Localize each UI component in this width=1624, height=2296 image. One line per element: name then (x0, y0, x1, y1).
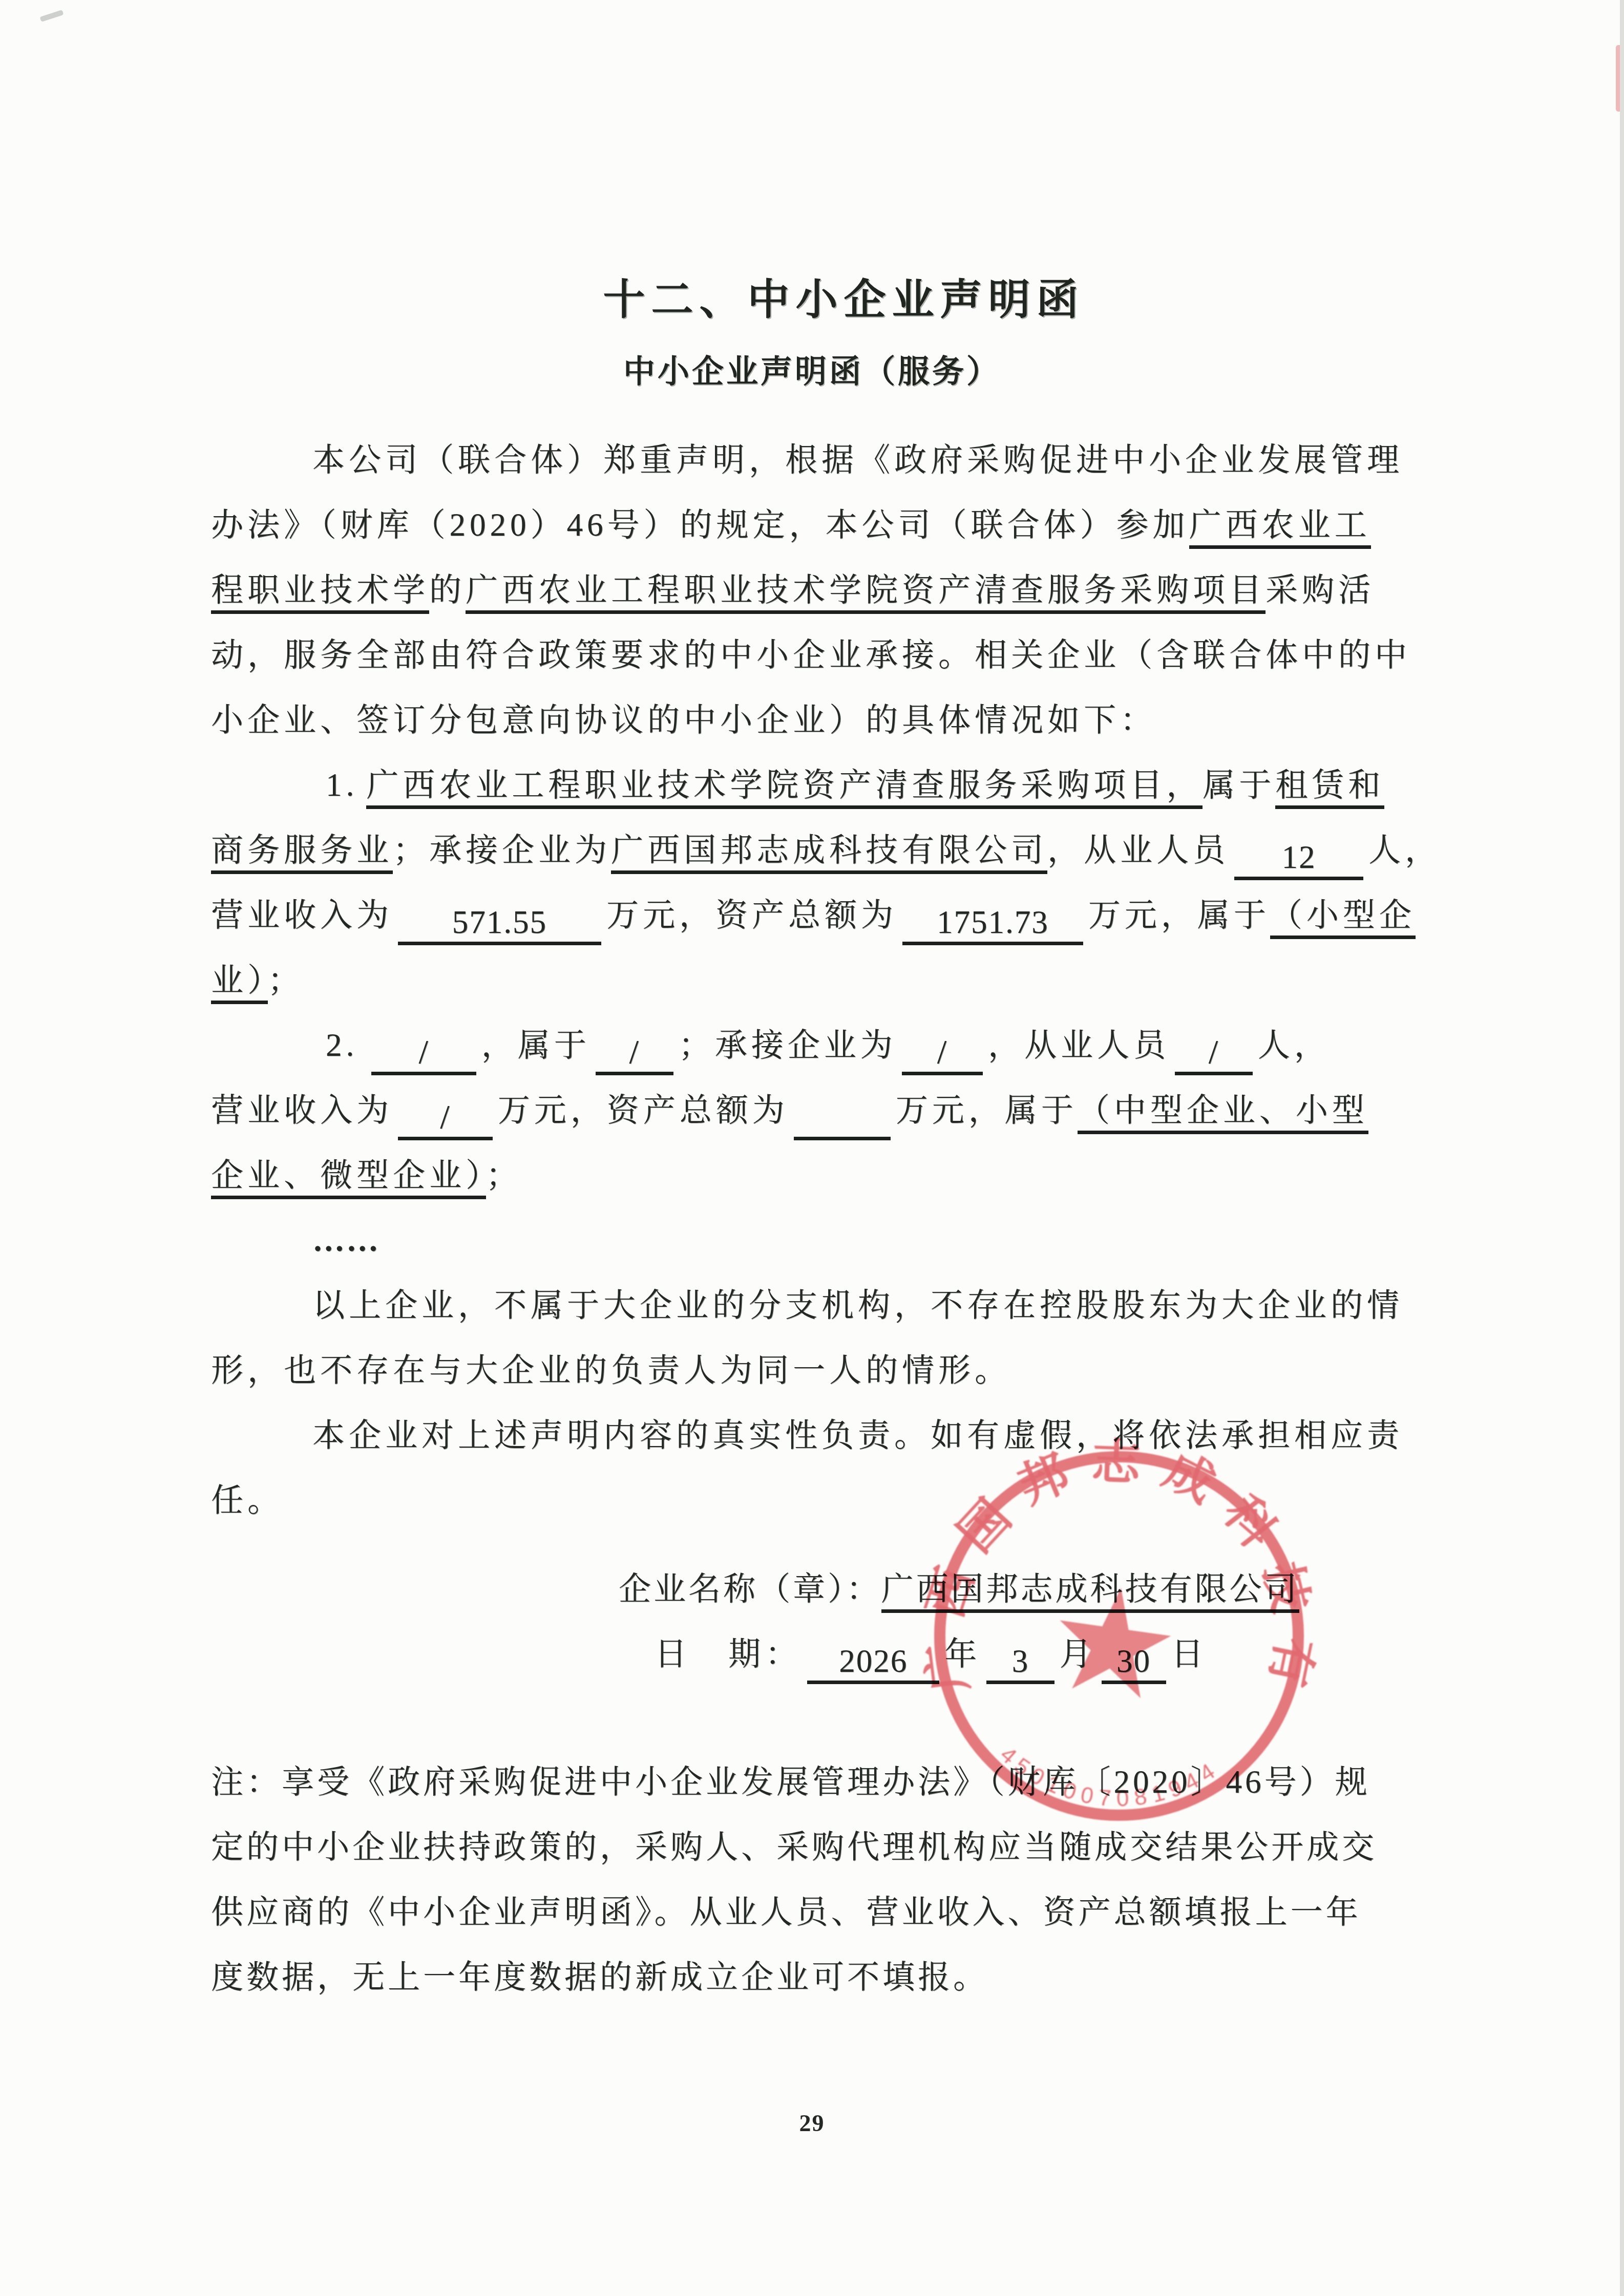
text-segment: ； (268, 962, 304, 998)
text-segment: 属于 (1203, 767, 1275, 803)
text-segment: ，属于 (481, 1027, 590, 1063)
text-segment: ；承接企业为 (679, 1027, 897, 1063)
document-line: 2./，属于/；承接企业为/，从业人员/人， (211, 1013, 1522, 1078)
underlined-segment: 租赁和 (1275, 767, 1384, 809)
blank-field: / (371, 1033, 476, 1075)
document-line: 小企业、签订分包意向协议的中小企业）的具体情况如下： (211, 688, 1522, 753)
document-line: 供应商的《中小企业声明函》。从业人员、营业收入、资产总额填报上一年 (211, 1880, 1522, 1945)
text-segment: 的 (429, 572, 466, 608)
document-line: 程职业技术学的广西农业工程职业技术学院资产清查服务采购项目采购活 (211, 558, 1522, 623)
text-segment: 动，服务全部由符合政策要求的中小企业承接。相关企业（含联合体中的中 (211, 637, 1411, 673)
text-segment: 营业收入为 (211, 1092, 393, 1128)
text-segment: ，从业人员 (988, 1027, 1170, 1063)
underlined-segment: （小型企 (1270, 897, 1416, 939)
scanned-document-page: 十二、中小企业声明函 中小企业声明函（服务） 本公司（联合体）郑重声明，根据《政… (0, 0, 1624, 2296)
document-line: 以上企业，不属于大企业的分支机构，不存在控股股东为大企业的情 (211, 1273, 1522, 1338)
text-segment: 万元，属于 (896, 1092, 1078, 1128)
text-segment: 供应商的《中小企业声明函》。从业人员、营业收入、资产总额填报上一年 (211, 1894, 1361, 1930)
underlined-segment: 广西农业工 (1189, 507, 1371, 549)
document-line: 定的中小企业扶持政策的，采购人、采购代理机构应当随成交结果公开成交 (211, 1815, 1522, 1880)
text-segment: 日 (1171, 1636, 1208, 1672)
page-number: 29 (0, 2110, 1624, 2137)
blank-field: 12 (1234, 838, 1363, 880)
scan-edge-shadow (0, 2283, 1624, 2296)
document-line: 本公司（联合体）郑重声明，根据《政府采购促进中小企业发展管理 (211, 428, 1522, 493)
text-segment: 日 期： (655, 1636, 802, 1672)
document-line: 业）； (211, 948, 1522, 1013)
document-line: 营业收入为571.55万元，资产总额为1751.73万元，属于（小型企 (211, 883, 1522, 948)
document-line: 企业、微型企业）； (211, 1143, 1522, 1208)
underlined-segment: 广西国邦志成科技有限公司 (611, 832, 1047, 874)
text-segment: 注：享受《政府采购促进中小企业发展管理办法》（财库〔2020〕46号）规 (211, 1764, 1370, 1800)
document-line: 营业收入为/万元，资产总额为 万元，属于（中型企业、小型 (211, 1078, 1522, 1143)
blank-field: / (596, 1033, 673, 1075)
document-line: 动，服务全部由符合政策要求的中小企业承接。相关企业（含联合体中的中 (211, 623, 1522, 688)
underlined-segment: 广西国邦志成科技有限公司 (881, 1571, 1299, 1613)
underlined-segment: 业） (211, 962, 268, 1004)
text-segment: 月 (1060, 1636, 1096, 1672)
scan-artifact (40, 10, 64, 22)
blank-field: 30 (1102, 1642, 1166, 1684)
text-segment: 度数据，无上一年度数据的新成立企业可不填报。 (211, 1959, 988, 1995)
text-segment: 本企业对上述声明内容的真实性负责。如有虚假，将依法承担相应责 (312, 1417, 1403, 1453)
text-segment: 定的中小企业扶持政策的，采购人、采购代理机构应当随成交结果公开成交 (211, 1829, 1377, 1865)
text-segment: ； (486, 1157, 522, 1193)
text-segment: 万元，资产总额为 (498, 1092, 789, 1128)
text-segment: 2. (326, 1027, 358, 1063)
text-segment: …… (312, 1222, 380, 1258)
document-line: 任。 (211, 1468, 1522, 1533)
scan-edge-shadow (1620, 0, 1624, 2296)
text-segment: 任。 (211, 1482, 284, 1518)
document-line: 企业名称（章）：广西国邦志成科技有限公司 (211, 1557, 1522, 1622)
text-segment: 企业名称（章）： (619, 1571, 881, 1607)
blank-field: 571.55 (398, 903, 601, 945)
blank-field: / (902, 1033, 983, 1075)
document-line: 本企业对上述声明内容的真实性负责。如有虚假，将依法承担相应责 (211, 1403, 1522, 1468)
document-subtitle: 中小企业声明函（服务） (0, 346, 1624, 392)
text-segment: 人， (1368, 832, 1441, 868)
document-line: 注：享受《政府采购促进中小企业发展管理办法》（财库〔2020〕46号）规 (211, 1750, 1522, 1815)
text-segment: 万元，资产总额为 (606, 897, 897, 933)
text-segment: 营业收入为 (211, 897, 393, 933)
document-line: 度数据，无上一年度数据的新成立企业可不填报。 (211, 1945, 1522, 2010)
underlined-segment: （中型企业、小型 (1078, 1092, 1368, 1134)
document-line: 1.广西农业工程职业技术学院资产清查服务采购项目，属于租赁和 (211, 753, 1522, 818)
blank-field: 1751.73 (902, 903, 1083, 945)
text-segment: 本公司（联合体）郑重声明，根据《政府采购促进中小企业发展管理 (312, 442, 1403, 478)
blank-field (794, 1098, 891, 1140)
text-segment: 人， (1258, 1027, 1331, 1063)
underlined-segment: 企业、微型企业） (211, 1157, 486, 1199)
document-line: 日 期：2026年3月30日 (211, 1622, 1522, 1687)
underlined-segment: 广西农业工程职业技术学院资产清查服务采购项目 (466, 572, 1266, 614)
document-body: 本公司（联合体）郑重声明，根据《政府采购促进中小企业发展管理办法》（财库（202… (211, 428, 1522, 2010)
document-line: 形，也不存在与大企业的负责人为同一人的情形。 (211, 1338, 1522, 1403)
blank-field: 2026 (807, 1642, 939, 1684)
text-segment: 办法》（财库（2020）46号）的规定，本公司（联合体）参加 (211, 507, 1189, 543)
text-segment: ，从业人员 (1047, 832, 1229, 868)
text-segment: 年 (944, 1636, 981, 1672)
text-segment: 万元，属于 (1088, 897, 1270, 933)
text-segment: 采购活 (1266, 572, 1375, 608)
blank-field: 3 (986, 1642, 1054, 1684)
text-segment: 1. (326, 767, 358, 803)
text-segment: 小企业、签订分包意向协议的中小企业）的具体情况如下： (211, 702, 1156, 738)
document-line: 办法》（财库（2020）46号）的规定，本公司（联合体）参加广西农业工 (211, 493, 1522, 558)
text-segment: 形，也不存在与大企业的负责人为同一人的情形。 (211, 1352, 1011, 1388)
underlined-segment: 商务服务业 (211, 832, 393, 874)
text-segment: 以上企业，不属于大企业的分支机构，不存在控股股东为大企业的情 (312, 1287, 1403, 1323)
blank-field: / (1175, 1033, 1253, 1075)
blank-field: / (398, 1098, 493, 1140)
underlined-segment: 程职业技术学 (211, 572, 429, 614)
text-segment: ；承接企业为 (393, 832, 611, 868)
page-title: 十二、中小企业声明函 (32, 266, 1624, 326)
document-line: …… (211, 1208, 1522, 1273)
underlined-segment: 广西农业工程职业技术学院资产清查服务采购项目， (366, 767, 1203, 809)
document-line: 商务服务业；承接企业为广西国邦志成科技有限公司，从业人员12人， (211, 818, 1522, 883)
